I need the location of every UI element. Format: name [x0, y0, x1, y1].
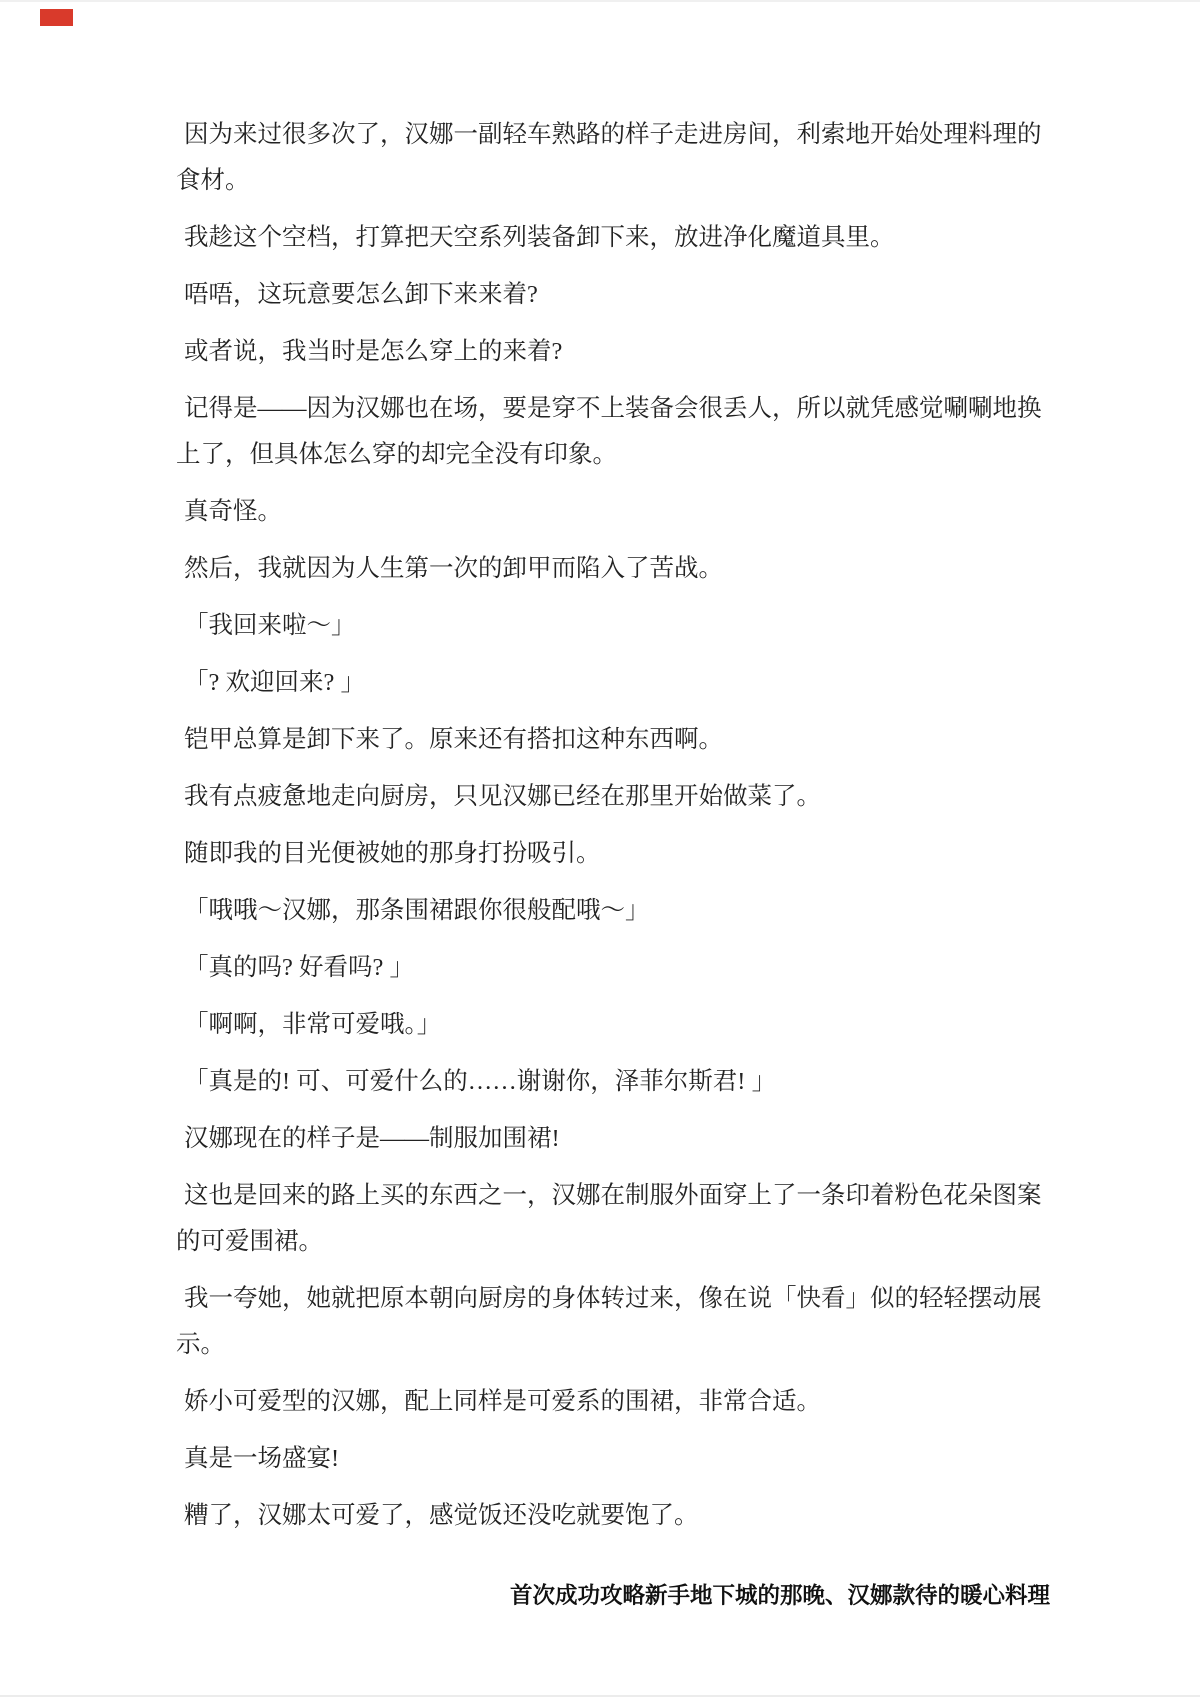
- paragraph: 糟了，汉娜太可爱了，感觉饭还没吃就要饱了。: [176, 1493, 1050, 1539]
- paragraph: 铠甲总算是卸下来了。原来还有搭扣这种东西啊。: [176, 717, 1050, 763]
- paragraph-dialogue: 「真的吗? 好看吗? 」: [176, 945, 1050, 991]
- paragraph: 然后，我就因为人生第一次的卸甲而陷入了苦战。: [176, 546, 1050, 592]
- paragraph: 真是一场盛宴!: [176, 1436, 1050, 1482]
- paragraph-dialogue: 「我回来啦～」: [176, 603, 1050, 649]
- paragraph: 唔唔，这玩意要怎么卸下来来着?: [176, 272, 1050, 318]
- paragraph: 随即我的目光便被她的那身打扮吸引。: [176, 831, 1050, 877]
- paragraph: 我一夸她，她就把原本朝向厨房的身体转过来，像在说「快看」似的轻轻摆动展示。: [176, 1276, 1050, 1368]
- paragraph-dialogue: 「啊啊，非常可爱哦。」: [176, 1002, 1050, 1048]
- body-text: 因为来过很多次了，汉娜一副轻车熟路的样子走进房间，利索地开始处理料理的食材。 我…: [176, 112, 1050, 1539]
- paragraph: 我趁这个空档，打算把天空系列装备卸下来，放进净化魔道具里。: [176, 215, 1050, 261]
- paragraph-dialogue: 「? 欢迎回来? 」: [176, 660, 1050, 706]
- paragraph: 汉娜现在的样子是——制服加围裙!: [176, 1116, 1050, 1162]
- paragraph-dialogue: 「真是的! 可、可爱什么的……谢谢你，泽菲尔斯君! 」: [176, 1059, 1050, 1105]
- paragraph: 记得是——因为汉娜也在场，要是穿不上装备会很丢人，所以就凭感觉唰唰地换上了，但具…: [176, 386, 1050, 478]
- novel-page: 因为来过很多次了，汉娜一副轻车熟路的样子走进房间，利索地开始处理料理的食材。 我…: [0, 0, 1200, 1697]
- paragraph: 真奇怪。: [176, 489, 1050, 535]
- paragraph: 我有点疲惫地走向厨房，只见汉娜已经在那里开始做菜了。: [176, 774, 1050, 820]
- paragraph: 因为来过很多次了，汉娜一副轻车熟路的样子走进房间，利索地开始处理料理的食材。: [176, 112, 1050, 204]
- paragraph: 或者说，我当时是怎么穿上的来着?: [176, 329, 1050, 375]
- red-marker: [40, 9, 73, 26]
- footer-chapter-title: 首次成功攻略新手地下城的那晚、汉娜款待的暖心料理: [176, 1579, 1050, 1613]
- paragraph: 这也是回来的路上买的东西之一，汉娜在制服外面穿上了一条印着粉色花朵图案的可爱围裙…: [176, 1173, 1050, 1265]
- paragraph-dialogue: 「哦哦～汉娜，那条围裙跟你很般配哦～」: [176, 888, 1050, 934]
- paragraph: 娇小可爱型的汉娜，配上同样是可爱系的围裙，非常合适。: [176, 1379, 1050, 1425]
